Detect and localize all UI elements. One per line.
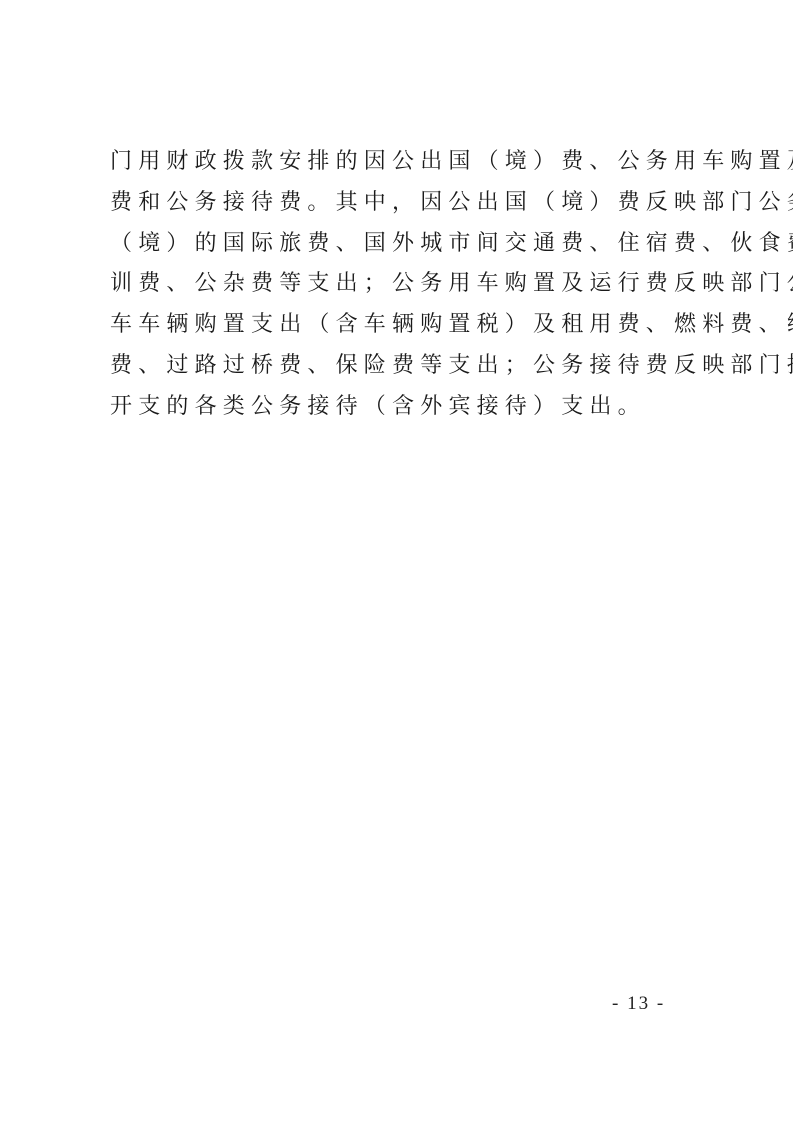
text-line: 费和公务接待费。其中，因公出国（境）费反映部门公务出国 bbox=[110, 183, 685, 224]
body-paragraph: 门用财政拨款安排的因公出国（境）费、公务用车购置及运行 费和公务接待费。其中，因… bbox=[110, 142, 685, 428]
page-number: - 13 - bbox=[612, 993, 665, 1015]
text-line: 开支的各类公务接待（含外宾接待）支出。 bbox=[110, 387, 685, 428]
document-page: 门用财政拨款安排的因公出国（境）费、公务用车购置及运行 费和公务接待费。其中，因… bbox=[0, 0, 793, 1122]
text-line: 车车辆购置支出（含车辆购置税）及租用费、燃料费、维修 bbox=[110, 305, 685, 346]
text-line: （境）的国际旅费、国外城市间交通费、住宿费、伙食费、培 bbox=[110, 224, 685, 265]
text-line: 费、过路过桥费、保险费等支出；公务接待费反映部门按规定 bbox=[110, 346, 685, 387]
text-line: 训费、公杂费等支出；公务用车购置及运行费反映部门公务用 bbox=[110, 264, 685, 305]
text-line: 门用财政拨款安排的因公出国（境）费、公务用车购置及运行 bbox=[110, 142, 685, 183]
